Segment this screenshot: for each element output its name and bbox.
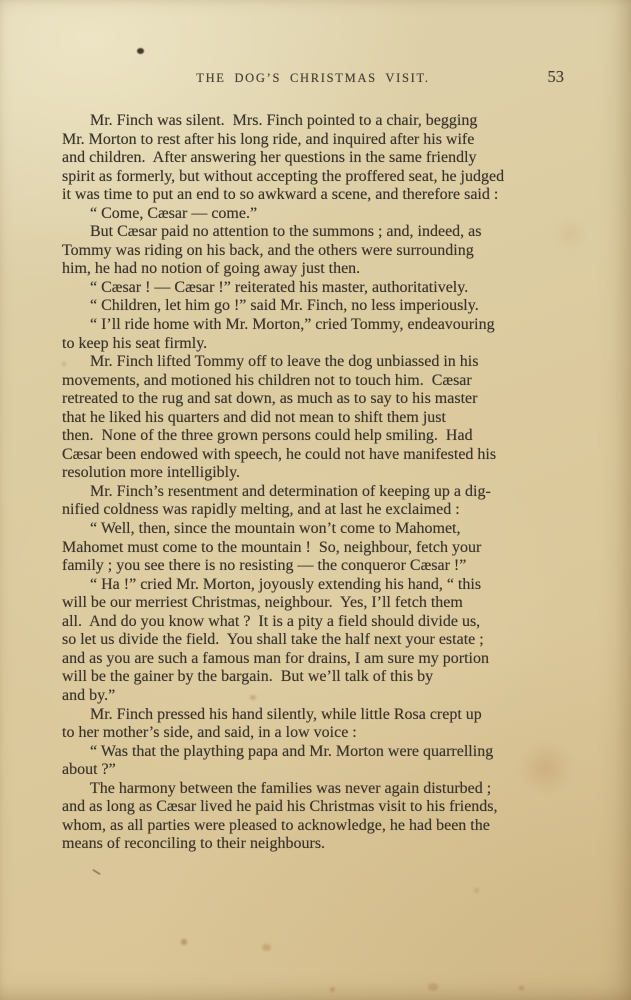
text-line: Mr. Finch pressed his hand silently, whi… (62, 706, 564, 725)
paragraph: “ I’ll ride home with Mr. Morton,” cried… (62, 316, 564, 353)
text-line: “ Cæsar ! — Cæsar !” reiterated his mast… (62, 279, 564, 298)
paragraph: “ Come, Cæsar — come.” (62, 205, 564, 224)
text-line: “ Children, let him go !” said Mr. Finch… (62, 297, 564, 316)
text-line: Mr. Finch’s resentment and determination… (62, 483, 564, 502)
paragraph: The harmony between the families was nev… (62, 780, 564, 854)
running-title: THE DOG’S CHRISTMAS VISIT. (62, 71, 564, 86)
text-line: family ; you see there is no resisting —… (62, 557, 564, 576)
book-page: THE DOG’S CHRISTMAS VISIT. 53 Mr. Finch … (0, 0, 631, 1000)
page-text: Mr. Finch was silent. Mrs. Finch pointed… (62, 112, 564, 854)
pencil-mark (92, 869, 101, 875)
paragraph: “ Children, let him go !” said Mr. Finch… (62, 297, 564, 316)
paragraph: Mr. Finch’s resentment and determination… (62, 483, 564, 520)
text-line: will be the gainer by the bargain. But w… (62, 668, 564, 687)
paragraph: Mr. Finch pressed his hand silently, whi… (62, 706, 564, 743)
paragraph: Mr. Finch lifted Tommy off to leave the … (62, 353, 564, 483)
text-line: to keep his seat firmly. (62, 335, 564, 354)
foxing-spot (181, 939, 187, 945)
text-line: then. None of the three grown persons co… (62, 427, 564, 446)
paragraph: “ Was that the plaything papa and Mr. Mo… (62, 743, 564, 780)
text-line: “ Was that the plaything papa and Mr. Mo… (62, 743, 564, 762)
text-line: nified coldness was rapidly melting, and… (62, 501, 564, 520)
text-line: will be our merriest Christmas, neighbou… (62, 594, 564, 613)
text-line: spirit as formerly, but without acceptin… (62, 168, 564, 187)
ink-spot (137, 48, 144, 54)
foxing-spot (330, 987, 335, 992)
foxing-spot (474, 888, 479, 893)
text-line: so let us divide the field. You shall ta… (62, 631, 564, 650)
text-line: The harmony between the families was nev… (62, 780, 564, 799)
text-line: “ I’ll ride home with Mr. Morton,” cried… (62, 316, 564, 335)
text-line: Tommy was riding on his back, and the ot… (62, 242, 564, 261)
text-line: and by.” (62, 687, 564, 706)
text-line: it was time to put an end to so awkward … (62, 186, 564, 205)
text-line: “ Come, Cæsar — come.” (62, 205, 564, 224)
text-line: him, he had no notion of going away just… (62, 260, 564, 279)
text-line: movements, and motioned his children not… (62, 372, 564, 391)
text-line: about ?” (62, 761, 564, 780)
paragraph: But Cæsar paid no attention to the summo… (62, 223, 564, 279)
text-line: all. And do you know what ? It is a pity… (62, 613, 564, 632)
text-line: whom, as all parties were pleased to ack… (62, 817, 564, 836)
text-line: “ Ha !” cried Mr. Morton, joyously exten… (62, 576, 564, 595)
paragraph: “ Well, then, since the mountain won’t c… (62, 520, 564, 576)
foxing-spot (262, 944, 271, 951)
text-line: means of reconciling to their neighbours… (62, 835, 564, 854)
text-line: retreated to the rug and sat down, as mu… (62, 390, 564, 409)
foxing-spot (428, 983, 438, 991)
page-header: THE DOG’S CHRISTMAS VISIT. 53 (62, 71, 564, 86)
text-line: to her mother’s side, and said, in a low… (62, 724, 564, 743)
text-line: and as long as Cæsar lived he paid his C… (62, 798, 564, 817)
text-line: Mr. Finch lifted Tommy off to leave the … (62, 353, 564, 372)
text-line: and children. After answering her questi… (62, 149, 564, 168)
page-number: 53 (548, 67, 565, 87)
text-line: Mr. Finch was silent. Mrs. Finch pointed… (62, 112, 564, 131)
text-line: and as you are such a famous man for dra… (62, 650, 564, 669)
text-line: Mr. Morton to rest after his long ride, … (62, 131, 564, 150)
text-line: resolution more intelligibly. (62, 464, 564, 483)
text-line: Mahomet must come to the mountain ! So, … (62, 539, 564, 558)
text-line: “ Well, then, since the mountain won’t c… (62, 520, 564, 539)
paragraph: Mr. Finch was silent. Mrs. Finch pointed… (62, 112, 564, 205)
text-line: that he liked his quarters and did not m… (62, 409, 564, 428)
paragraph: “ Ha !” cried Mr. Morton, joyously exten… (62, 576, 564, 706)
paragraph: “ Cæsar ! — Cæsar !” reiterated his mast… (62, 279, 564, 298)
foxing-spot (519, 986, 524, 990)
text-line: But Cæsar paid no attention to the summo… (62, 223, 564, 242)
text-line: Cæsar been endowed with speech, he could… (62, 446, 564, 465)
